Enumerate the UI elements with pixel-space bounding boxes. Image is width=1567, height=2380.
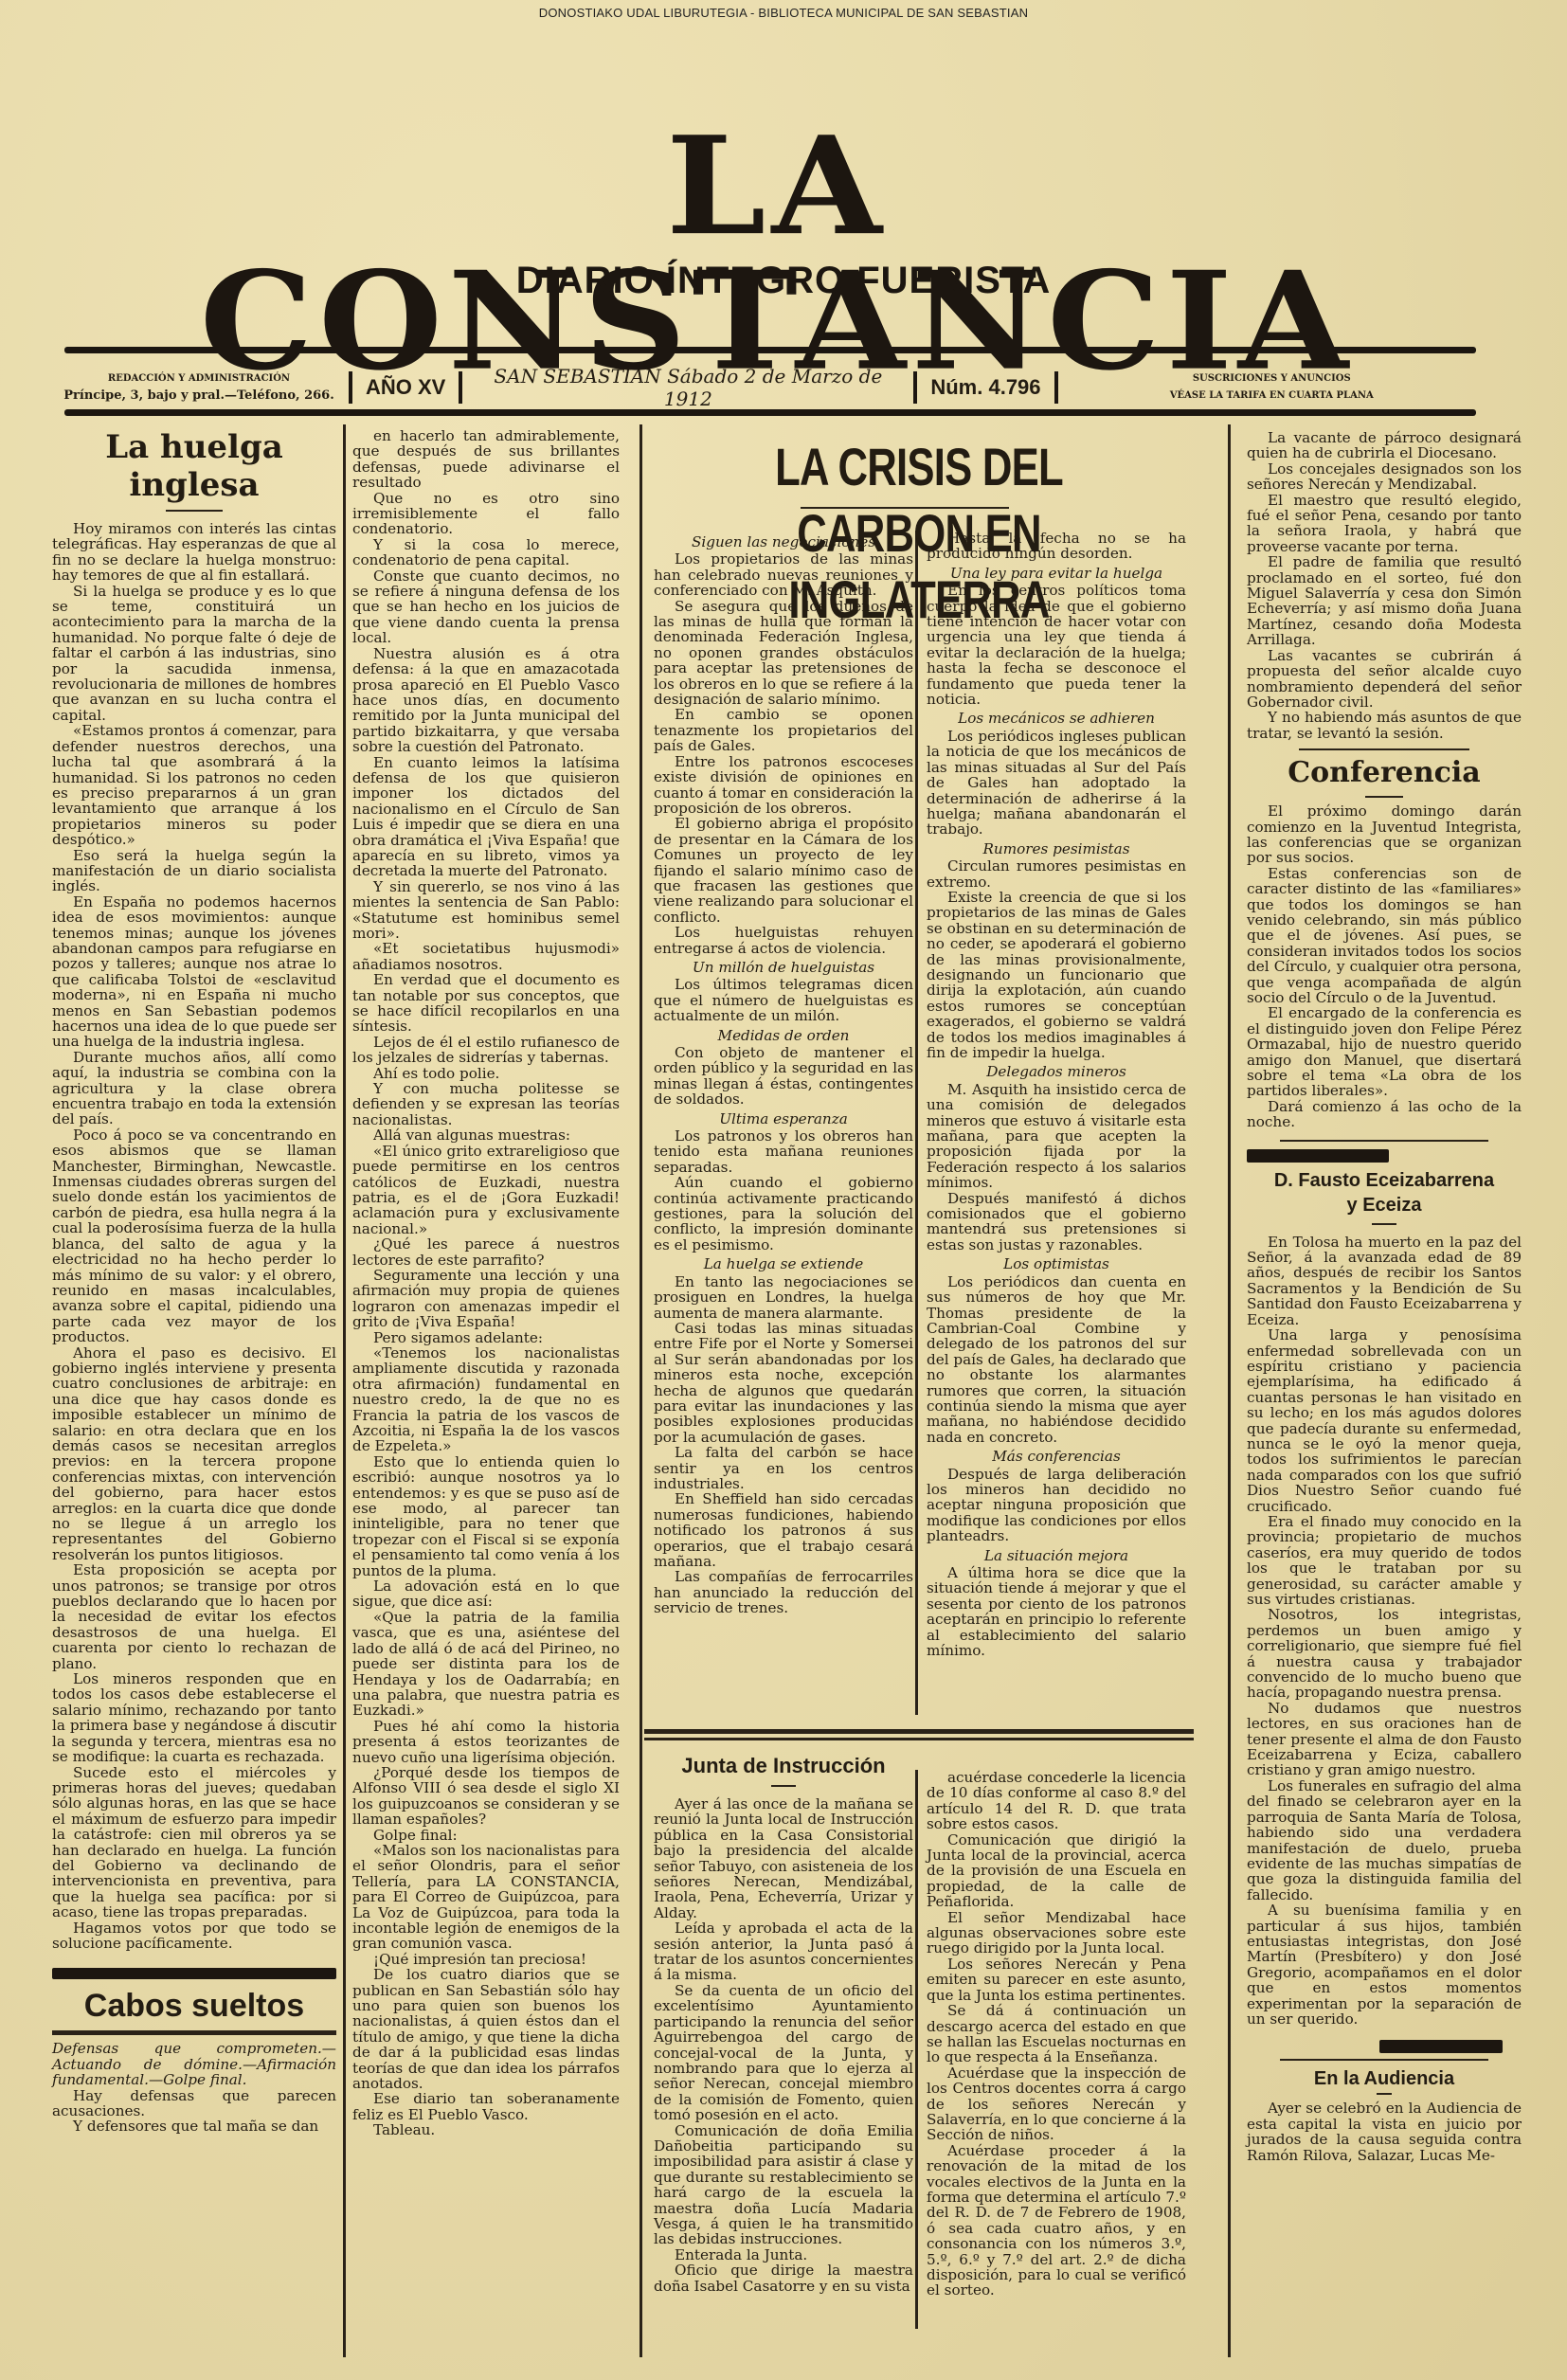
- subheading: La situación mejora: [927, 1548, 1186, 1563]
- column-rule: [915, 1770, 918, 2329]
- paragraph: A última hora se dice que la situación t…: [927, 1565, 1186, 1658]
- subheading: Medidas de orden: [654, 1028, 913, 1043]
- subheading: Siguen las negociaciones: [654, 534, 913, 550]
- section-rule: [1280, 1140, 1488, 1142]
- paragraph: Los mineros responden que en todos los c…: [52, 1671, 336, 1764]
- paragraph: Acuérdase que la inspección de los Centr…: [927, 2065, 1186, 2143]
- paragraph: Los últimos telegramas dicen que el núme…: [654, 977, 913, 1023]
- paragraph: El padre de familia que resultó proclama…: [1247, 554, 1522, 647]
- paragraph: Y sin quererlo, se nos vino á las miente…: [352, 879, 620, 942]
- paragraph: Los periódicos ingleses publican la noti…: [927, 729, 1186, 838]
- ornament-rule: [1365, 796, 1403, 798]
- paragraph: ¡Qué impresión tan preciosa!: [352, 1952, 620, 1967]
- right-column: La vacante de párroco designará quien ha…: [1247, 430, 1522, 2163]
- paragraph: Después de larga deliberación los minero…: [927, 1467, 1186, 1544]
- column-rule: [915, 531, 918, 1715]
- article-title-audiencia: En la Audiencia: [1247, 2066, 1522, 2091]
- article-title: La huelga inglesa: [52, 428, 336, 504]
- paragraph: Hagamos votos por que todo se solucione …: [52, 1920, 336, 1952]
- paragraph: Sucede esto el miércoles y primeras hora…: [52, 1765, 336, 1920]
- paragraph: Y defensores que tal maña se dan: [52, 2119, 336, 2134]
- paragraph: «Malos son los nacionalistas para el señ…: [352, 1843, 620, 1952]
- paragraph: ¿Qué les parece á nuestros lectores de e…: [352, 1236, 620, 1268]
- paragraph: Aún cuando el gobierno continúa activame…: [654, 1175, 913, 1253]
- section-rule: [1299, 748, 1469, 750]
- article-crisis-col-a: Siguen las negociacionesLos propietarios…: [654, 531, 913, 1616]
- article-junta-col-b: acuérdase concederle la licencia de 10 d…: [927, 1770, 1186, 2299]
- paragraph: Las compañías de ferrocarriles han anunc…: [654, 1569, 913, 1615]
- subscriptions-note: Véase la tarifa en cuarta plana: [1066, 388, 1478, 405]
- subheading: Los mecánicos se adhieren: [927, 711, 1186, 726]
- paragraph: Si la huelga se produce y es lo que se t…: [52, 584, 336, 724]
- editorial-address: Redacción y Administración Príncipe, 3, …: [57, 370, 341, 405]
- paragraph: Los periódicos dan cuenta en sus números…: [927, 1274, 1186, 1445]
- paragraph: No dudamos que nuestros lectores, en sus…: [1247, 1701, 1522, 1778]
- paragraph: Leída y aprobada el acta de la sesión an…: [654, 1920, 913, 1983]
- paragraph: Después manifestó á dichos comisionados …: [927, 1191, 1186, 1253]
- paragraph: Y no habiendo más asuntos de que tratar,…: [1247, 710, 1522, 741]
- article-junta-col-a: Junta de Instrucción Ayer á las once de …: [654, 1772, 913, 2294]
- issue-number: Núm. 4.796: [925, 375, 1046, 400]
- paragraph: Durante muchos años, allí como aquí, la …: [52, 1050, 336, 1127]
- paragraph: El encargado de la conferencia es el dis…: [1247, 1005, 1522, 1098]
- paragraph: Y si la cosa lo merece, condenatorio de …: [352, 537, 620, 568]
- article-body: Ayer á las once de la mañana se reunió l…: [654, 1796, 913, 2294]
- paragraph: La adovación está en lo que sigue, que d…: [352, 1578, 620, 1610]
- section-double-rule: [644, 1729, 1194, 1734]
- paragraph: Los huelguistas rehuyen entregarse á act…: [654, 925, 913, 956]
- paragraph: La falta del carbón se hace sentir ya en…: [654, 1445, 913, 1491]
- subscriptions-info: Suscriciones y anuncios Véase la tarifa …: [1066, 370, 1478, 405]
- separator: [913, 371, 917, 404]
- paragraph: Los concejales designados son los señore…: [1247, 461, 1522, 493]
- paragraph: En cambio se oponen tenazmente los propi…: [654, 707, 913, 753]
- paragraph: De los cuatro diarios que se publican en…: [352, 1967, 620, 2091]
- paragraph: En verdad que el documento es tan notabl…: [352, 972, 620, 1035]
- paragraph: Hoy miramos con interés las cintas teleg…: [52, 521, 336, 584]
- paragraph: En cuanto leimos la latísima defensa de …: [352, 755, 620, 879]
- article-body: En Tolosa ha muerto en la paz del Señor,…: [1247, 1235, 1522, 2028]
- subheading: Una ley para evitar la huelga: [927, 566, 1186, 581]
- paragraph: Eso será la huelga según la manifestació…: [52, 848, 336, 894]
- paragraph: Conste que cuanto decimos, no se refiere…: [352, 568, 620, 646]
- ornament-rule: [1377, 2093, 1392, 2095]
- paragraph: «Que la patria de la familia vasca, que …: [352, 1610, 620, 1719]
- section-bar: [52, 1968, 336, 1979]
- section-title-cabos: Cabos sueltos: [52, 1985, 336, 2027]
- paragraph: En Tolosa ha muerto en la paz del Señor,…: [1247, 1235, 1522, 1327]
- section-rule: [1280, 2059, 1488, 2061]
- subheading: Ultima esperanza: [654, 1111, 913, 1127]
- separator: [459, 371, 462, 404]
- paragraph: Circulan rumores pesimistas en extremo.: [927, 858, 1186, 890]
- paragraph: Era el finado muy conocido en la provinc…: [1247, 1514, 1522, 1607]
- masthead-infobar: Redacción y Administración Príncipe, 3, …: [57, 368, 1478, 407]
- paragraph: A su buenísima familia y en particular á…: [1247, 1902, 1522, 2027]
- paragraph: Nosotros, los integristas, perdemos un b…: [1247, 1607, 1522, 1700]
- subheading: Rumores pesimistas: [927, 841, 1186, 856]
- article-body: en hacerlo tan admirablemente, que despu…: [352, 428, 620, 2138]
- article-huelga-inglesa: La huelga inglesa Hoy miramos con interé…: [52, 426, 336, 2135]
- editorial-address-line: Príncipe, 3, bajo y pral.—Teléfono, 266.: [57, 388, 341, 405]
- paragraph: Que no es otro sino irremisiblemente el …: [352, 491, 620, 537]
- paragraph: La vacante de párroco designará quien ha…: [1247, 430, 1522, 461]
- paragraph: En los centros políticos toma cuerpo la …: [927, 583, 1186, 707]
- paragraph: En España no podemos hacernos idea de es…: [52, 894, 336, 1050]
- paragraph: Comunicación que dirigió la Junta local …: [927, 1832, 1186, 1910]
- article-title: Junta de Instrucción: [654, 1753, 913, 1779]
- paragraph: Acuérdase proceder á la renovación de la…: [927, 2143, 1186, 2299]
- paragraph: ¿Porqué desde los tiempos de Alfonso VII…: [352, 1765, 620, 1828]
- paragraph: El señor Mendizabal hace algunas observa…: [927, 1910, 1186, 1956]
- paragraph: Los propietarios de las minas han celebr…: [654, 551, 913, 598]
- paragraph: Las vacantes se cubrirán á propuesta del…: [1247, 648, 1522, 711]
- paragraph: Hasta la fecha no se ha producido ningún…: [927, 531, 1186, 562]
- paragraph: Los funerales en sufragio del alma del f…: [1247, 1778, 1522, 1902]
- obituary-title: D. Fausto Eceizabarrena y Eceiza: [1247, 1168, 1522, 1217]
- library-banner: DONOSTIAKO UDAL LIBURUTEGIA - BIBLIOTECA…: [0, 6, 1567, 20]
- paragraph: Casi todas las minas situadas entre Fife…: [654, 1321, 913, 1445]
- paragraph: Ahora el paso es decisivo. El gobierno i…: [52, 1345, 336, 1563]
- paragraph: en hacerlo tan admirablemente, que despu…: [352, 428, 620, 491]
- paragraph: Seguramente una lección y una afirmación…: [352, 1268, 620, 1330]
- paragraph: Existe la creencia de que si los propiet…: [927, 890, 1186, 1060]
- separator: [349, 371, 352, 404]
- article-title-conferencia: Conferencia: [1247, 756, 1522, 790]
- paragraph: Pero sigamos adelante:: [352, 1330, 620, 1345]
- cabos-summary: Defensas que comprometen.—Actuando de dó…: [52, 2041, 336, 2087]
- obituary-title-line: D. Fausto Eceizabarrena: [1247, 1168, 1522, 1193]
- paragraph: Enterada la Junta.: [654, 2247, 913, 2263]
- paragraph: Comunicación de doña Emilia Dañobeitia p…: [654, 2123, 913, 2247]
- paragraph: Y con mucha politesse se defienden y se …: [352, 1081, 620, 1127]
- paragraph: Los señores Nerecán y Pena emiten su par…: [927, 1956, 1186, 2003]
- paragraph: acuérdase concederle la licencia de 10 d…: [927, 1770, 1186, 1832]
- separator: [1054, 371, 1058, 404]
- ornament-rule: [771, 1785, 796, 1787]
- paragraph: Poco á poco se va concentrando en esos a…: [52, 1127, 336, 1345]
- article-cabos-continued: en hacerlo tan admirablemente, que despu…: [352, 428, 620, 2138]
- paragraph: Entre los patronos escoceses existe divi…: [654, 754, 913, 817]
- editorial-label: Redacción y Administración: [57, 370, 341, 388]
- paragraph: En tanto las negociaciones se prosiguen …: [654, 1274, 913, 1321]
- paragraph: El próximo domingo darán comienzo en la …: [1247, 803, 1522, 866]
- paragraph: «Et societatibus hujusmodi» añadiamos no…: [352, 941, 620, 972]
- paragraph: M. Asquith ha insistido cerca de una com…: [927, 1082, 1186, 1191]
- paragraph: Los patronos y los obreros han tenido es…: [654, 1128, 913, 1175]
- subheading: Los optimistas: [927, 1256, 1186, 1271]
- column-rule: [639, 424, 642, 2357]
- article-body: La vacante de párroco designará quien ha…: [1247, 430, 1522, 741]
- paragraph: Lejos de él el estilo rufianesco de los …: [352, 1035, 620, 1066]
- article-body: Ayer se celebró en la Audiencia de esta …: [1247, 2101, 1522, 2163]
- paragraph: Oficio que dirige la maestra doña Isabel…: [654, 2263, 913, 2294]
- paragraph: Esto que lo entienda quien lo escribió: …: [352, 1454, 620, 1578]
- paragraph: Estas conferencias son de caracter disti…: [1247, 866, 1522, 1006]
- paragraph: Golpe final:: [352, 1828, 620, 1843]
- subscriptions-label: Suscriciones y anuncios: [1066, 370, 1478, 388]
- paragraph: Ayer á las once de la mañana se reunió l…: [654, 1796, 913, 1920]
- article-body: Hasta la fecha no se ha producido ningún…: [927, 531, 1186, 1658]
- paragraph: El gobierno abriga el propósito de prese…: [654, 816, 913, 925]
- paragraph: Esta proposición se acepta por unos patr…: [52, 1562, 336, 1671]
- subheading: La huelga se extiende: [654, 1256, 913, 1271]
- issue-date: SAN SEBASTIAN Sábado 2 de Marzo de 1912: [470, 365, 906, 410]
- paragraph: Se da cuenta de un oficio del excelentís…: [654, 1983, 913, 2123]
- column-rule: [1228, 424, 1231, 2357]
- masthead-rule-bottom: [64, 409, 1476, 416]
- masthead-rule-top: [64, 347, 1476, 353]
- mourning-bar: [1247, 1149, 1389, 1163]
- paragraph: Con objeto de mantener el orden público …: [654, 1045, 913, 1108]
- subheading: Un millón de huelguistas: [654, 960, 913, 975]
- article-body: Hay defensas que parecen acusaciones.Y d…: [52, 2088, 336, 2135]
- paragraph: Allá van algunas muestras:: [352, 1127, 620, 1143]
- article-body: Siguen las negociacionesLos propietarios…: [654, 534, 913, 1616]
- paragraph: Ahí es todo polie.: [352, 1066, 620, 1081]
- paragraph: Nuestra alusión es á otra defensa: á la …: [352, 646, 620, 755]
- masthead-subtitle: DIARIO ÍNTEGRO FUERISTA: [0, 260, 1567, 302]
- article-body: acuérdase concederle la licencia de 10 d…: [927, 1770, 1186, 2299]
- ornament-rule: [1372, 1223, 1396, 1225]
- paragraph: «Tenemos los nacionalistas ampliamente d…: [352, 1345, 620, 1454]
- paragraph: «El único grito extrareligioso que puede…: [352, 1144, 620, 1236]
- headline-rule: [801, 507, 1009, 509]
- section-double-rule: [644, 1738, 1194, 1740]
- paragraph: Pues hé ahí como la historia presenta á …: [352, 1719, 620, 1765]
- obituary-title-line: y Eceiza: [1247, 1193, 1522, 1217]
- paragraph: Hay defensas que parecen acusaciones.: [52, 2088, 336, 2119]
- paragraph: Ayer se celebró en la Audiencia de esta …: [1247, 2101, 1522, 2163]
- ornament-rule: [166, 510, 223, 512]
- column-rule: [343, 424, 346, 2357]
- section-rule: [52, 2030, 336, 2035]
- mourning-bar: [1379, 2040, 1503, 2053]
- paragraph: «Estamos prontos á comenzar, para defend…: [52, 723, 336, 847]
- paragraph: Se asegura que los dueños de las minas d…: [654, 599, 913, 708]
- subheading: Delegados mineros: [927, 1064, 1186, 1079]
- article-crisis-col-b: Hasta la fecha no se ha producido ningún…: [927, 531, 1186, 1658]
- paragraph: Ese diario tan soberanamente feliz es El…: [352, 2091, 620, 2122]
- article-body: Hoy miramos con interés las cintas teleg…: [52, 521, 336, 1951]
- paragraph: El maestro que resultó elegido, fué el s…: [1247, 493, 1522, 555]
- issue-year: AÑO XV: [360, 375, 451, 400]
- subheading: Más conferencias: [927, 1449, 1186, 1464]
- paragraph: En Sheffield han sido cercadas numerosas…: [654, 1491, 913, 1569]
- article-body: El próximo domingo darán comienzo en la …: [1247, 803, 1522, 1130]
- paragraph: Una larga y penosísima enfermedad sobrel…: [1247, 1327, 1522, 1514]
- paragraph: Dará comienzo á las ocho de la noche.: [1247, 1099, 1522, 1130]
- paragraph: Tableau.: [352, 2122, 620, 2137]
- paragraph: Se dá á continuación un descargo acerca …: [927, 2003, 1186, 2065]
